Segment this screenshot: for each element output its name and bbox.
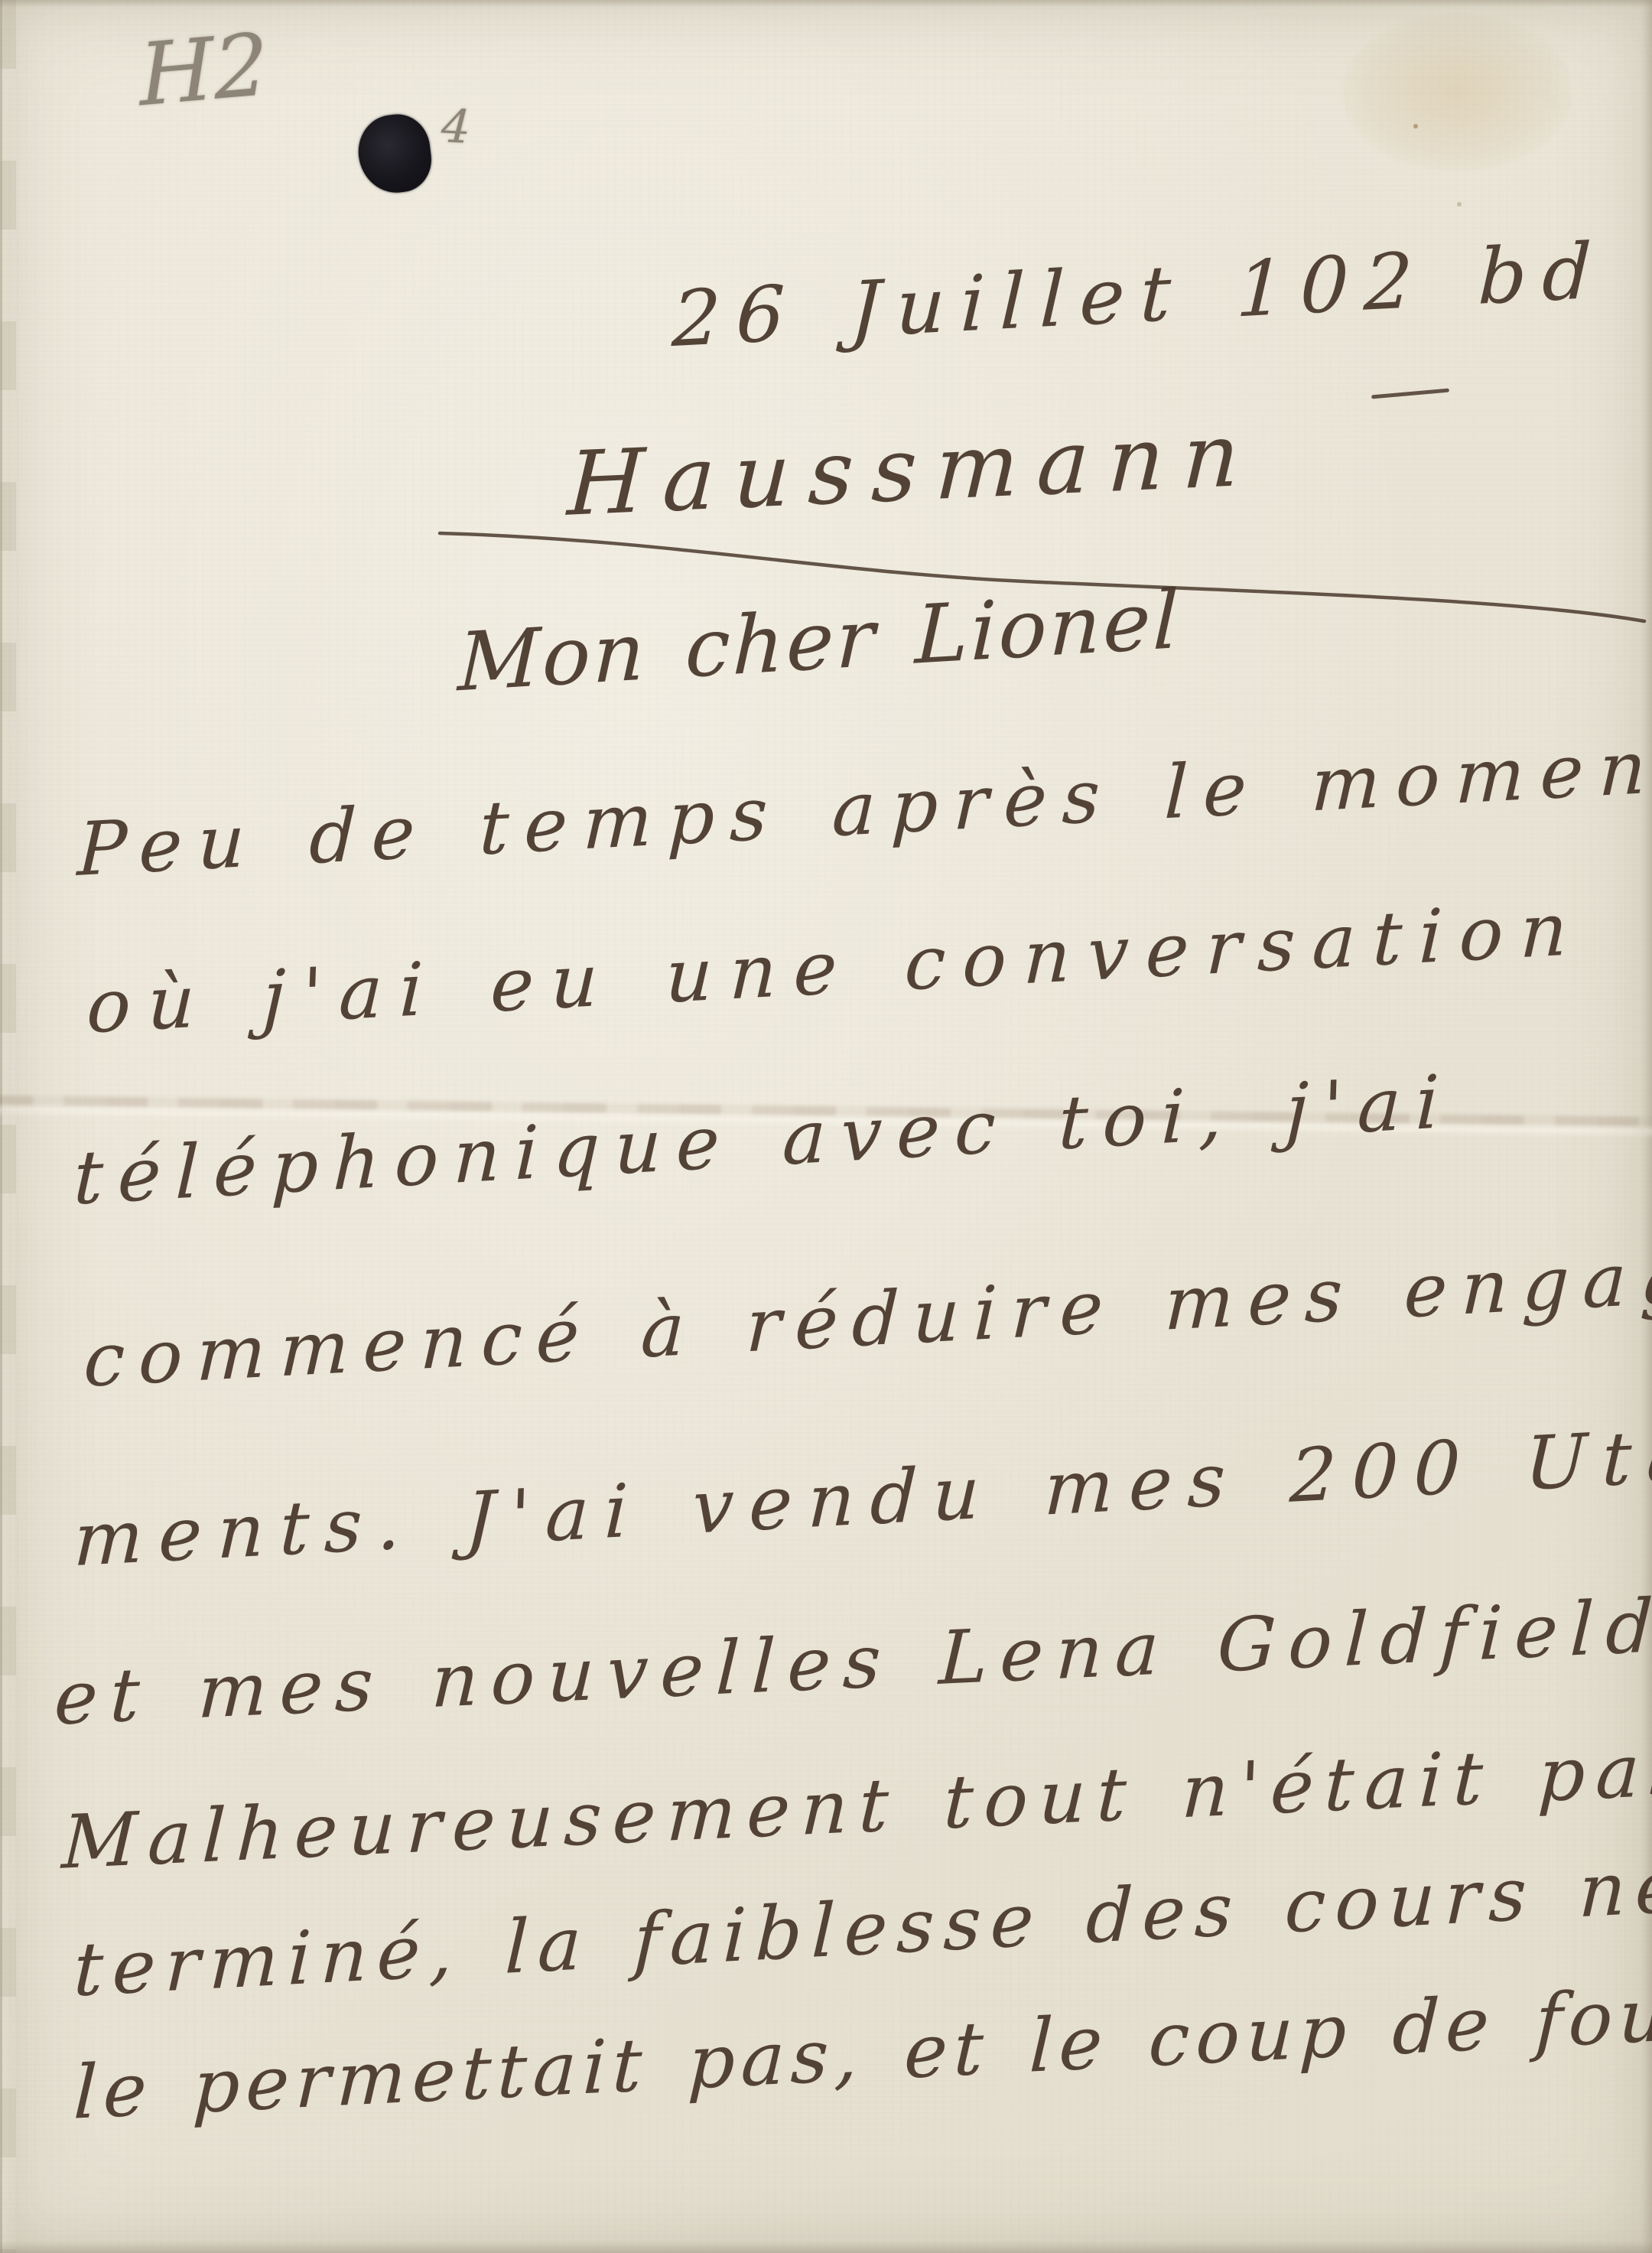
letter-scan-page: H2 4 26 Juillet 102 bd Haussmann Mon che… <box>0 0 1652 2253</box>
